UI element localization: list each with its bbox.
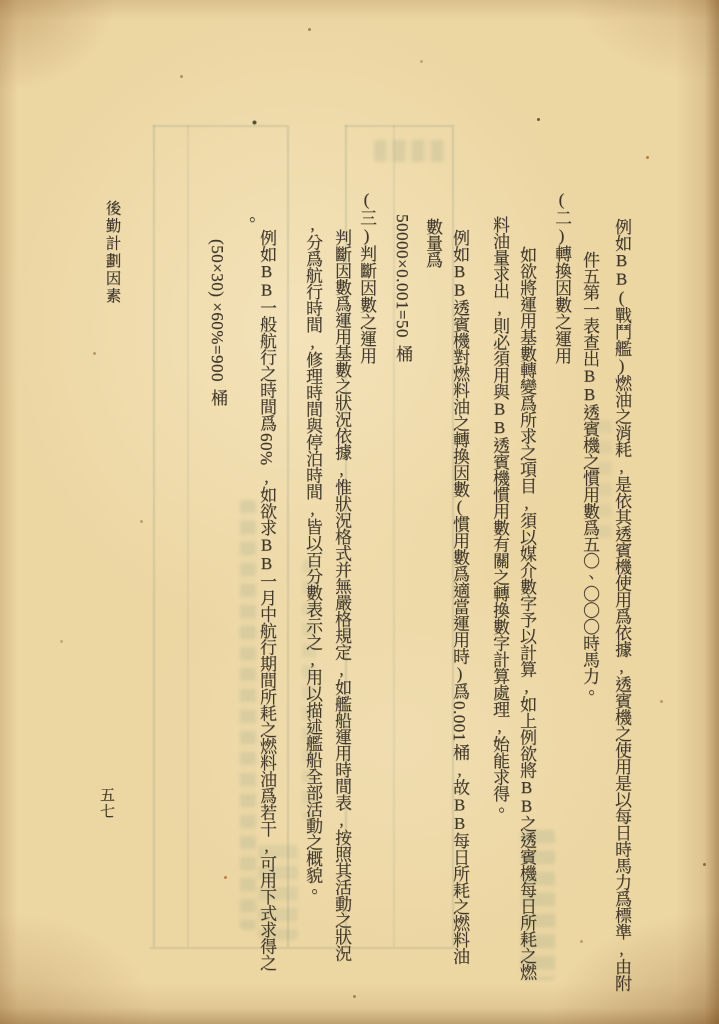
- section2-para2-line2: 數量爲: [424, 218, 441, 268]
- bleedthrough-smudge: [240, 500, 256, 930]
- formula1-expression: 50000×0.001=50: [393, 214, 412, 338]
- bleedthrough-line: [287, 125, 289, 947]
- section3-para1-line2: ,分爲航行時間,修理時間與停泊時間,皆以百分數表示之,用以描述艦船全部活動之概貌…: [304, 215, 321, 900]
- formula1-unit: 桶: [393, 345, 412, 362]
- section2-para1-line1: 如欲將運用基數轉變爲所求之項目,須以媒介數字予以計算,如上例欲將BB之透賓機每日…: [518, 246, 535, 980]
- bleedthrough-smudge: [374, 140, 446, 162]
- formula2-expression: (50×30) ×60%=900: [208, 239, 227, 382]
- para1-line2: 件五第一表查出BB透賓機之慣用數爲五〇、〇〇〇時馬力。: [581, 251, 598, 701]
- para1-line1: 例如BB(戰鬥艦)燃油之消耗,是依其透賓機使用爲依據,透賓機之使用是以每日時馬力…: [613, 218, 630, 991]
- formula-fuel-per-day: 50000×0.001=50桶: [394, 212, 411, 361]
- section2-para2-line1-post: 桶,故BB每日所耗之燃料油: [450, 744, 469, 965]
- conversion-factor-value: 0.001: [450, 701, 469, 742]
- bleedthrough-line: [150, 947, 455, 949]
- bleedthrough-line: [187, 125, 189, 947]
- cruise-time-percentage: 60%: [257, 433, 276, 466]
- section3-heading: (三)判斷因數之運用: [358, 190, 375, 364]
- section2-para2-line1: 例如BB透賓機對燃料油之轉換因數(慣用數爲適當運用時)爲0.001桶,故BB每日…: [451, 229, 468, 964]
- section3-para2-line1-post: ,如欲求BB一月中航行期間所耗之燃料油爲若干,可用下式求得之: [257, 468, 276, 971]
- bleedthrough-line: [153, 125, 155, 947]
- section2-heading: (二)轉換因數之運用: [553, 190, 570, 364]
- page-number: 五七: [98, 787, 113, 819]
- running-title: 後勤計劃因素: [104, 200, 120, 305]
- scanned-document-page: 後勤計劃因素 五七 例如BB(戰鬥艦)燃油之消耗,是依其透賓機使用爲依據,透賓機…: [0, 0, 719, 1024]
- bleedthrough-line: [345, 125, 452, 127]
- section3-para2-line1-pre: 例如BB一般航行之時間爲: [257, 229, 276, 431]
- bleedthrough-line: [153, 125, 287, 127]
- section2-para1-line2: 料油量求出,則必須用與BB透賓機慣用數有關之轉換數字計算處理,始能求得。: [491, 216, 508, 818]
- section3-para2-wrapped-period: 。: [237, 216, 254, 233]
- paper-specks: [0, 0, 3, 3]
- section2-para2-line1-pre: 例如BB透賓機對燃料油之轉換因數(慣用數爲適當運用時)爲: [450, 229, 469, 699]
- section3-para1-line1: 判斷因數爲運用基數之狀況依據,惟狀況格式并無嚴格規定,如艦船運用時間表,按照其活…: [333, 229, 350, 961]
- section3-para2-line1: 例如BB一般航行之時間爲60%,如欲求BB一月中航行期間所耗之燃料油爲若干,可用…: [258, 229, 275, 971]
- formula2-unit: 桶: [208, 389, 227, 406]
- formula-monthly-fuel: (50×30) ×60%=900桶: [209, 237, 226, 406]
